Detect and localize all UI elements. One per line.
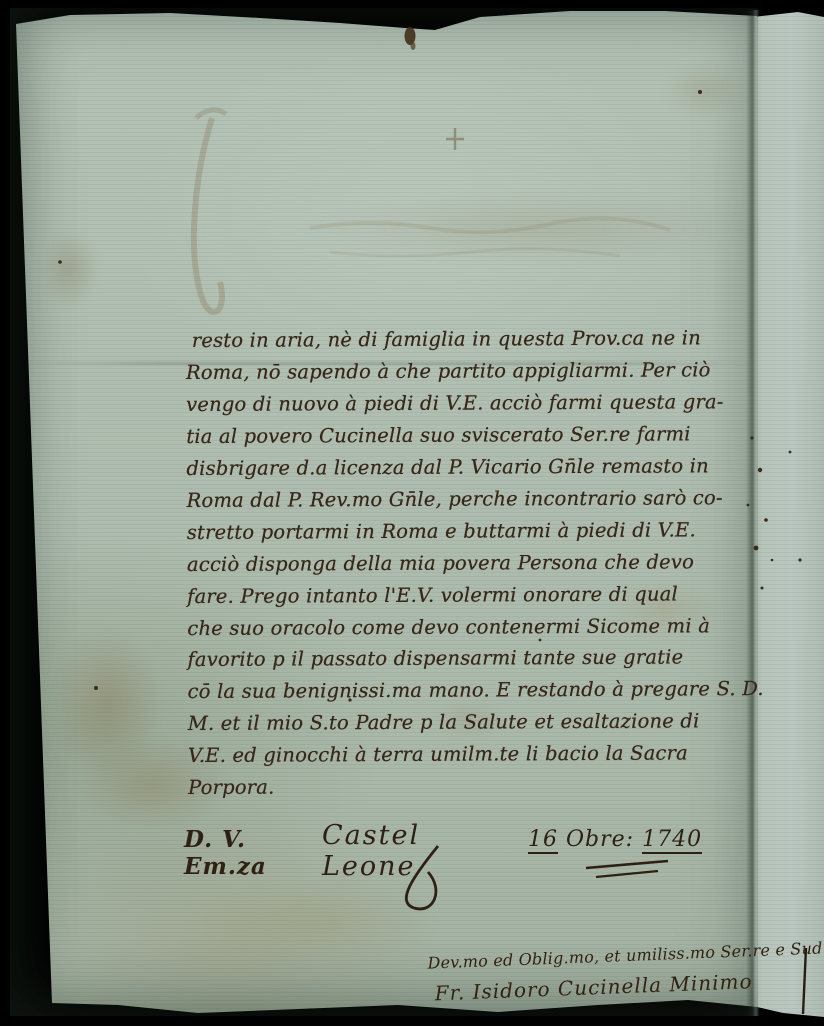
manuscript-scan: resto in aria, nè di famiglia in questa … [0, 0, 824, 1026]
dateline-date: 16 Obre: 1740 [528, 827, 702, 852]
manuscript-line: tia al povero Cucinella suo sviscerato S… [186, 422, 691, 448]
manuscript-line: Roma dal P. Rev.mo Gn̄le, perche incontr… [187, 486, 723, 512]
dateline-day: 16 [528, 827, 558, 854]
manuscript-line: favorito p il passato dispensarmi tante … [187, 645, 683, 671]
manuscript-line: Roma, nō sapendo à che partito appigliar… [186, 358, 711, 384]
dateline-place: Castel Leone [322, 820, 420, 882]
manuscript-line: che suo oracolo come devo contenermi Sic… [187, 614, 710, 640]
manuscript-line: vengo di nuovo à piedi di V.E. acciò far… [186, 390, 724, 416]
adjacent-folio-strip [753, 0, 824, 1026]
manuscript-line: disbrigare d.a licenza dal P. Vicario Gn… [186, 454, 709, 480]
dateline-year: 1740 [642, 827, 702, 854]
manuscript-line: resto in aria, nè di famiglia in questa … [192, 326, 701, 352]
manuscript-line: stretto portarmi in Roma e buttarmi à pi… [187, 518, 696, 544]
manuscript-line: Porpora. [188, 776, 274, 799]
manuscript-line: V.E. ed ginocchi à terra umilm.te li bac… [188, 741, 688, 767]
manuscript-line: M. et il mio S.to Padre p la Salute et e… [188, 709, 700, 735]
closing-salutation: D. V. Em.za [184, 826, 267, 880]
manuscript-line: cō la sua benignissi.ma mano. E restando… [188, 677, 764, 703]
manuscript-line: acciò disponga della mia povera Persona … [187, 550, 694, 576]
dateline-month: Obre: [566, 827, 634, 852]
manuscript-line: fare. Prego intanto l'E.V. volermi onora… [187, 582, 678, 608]
